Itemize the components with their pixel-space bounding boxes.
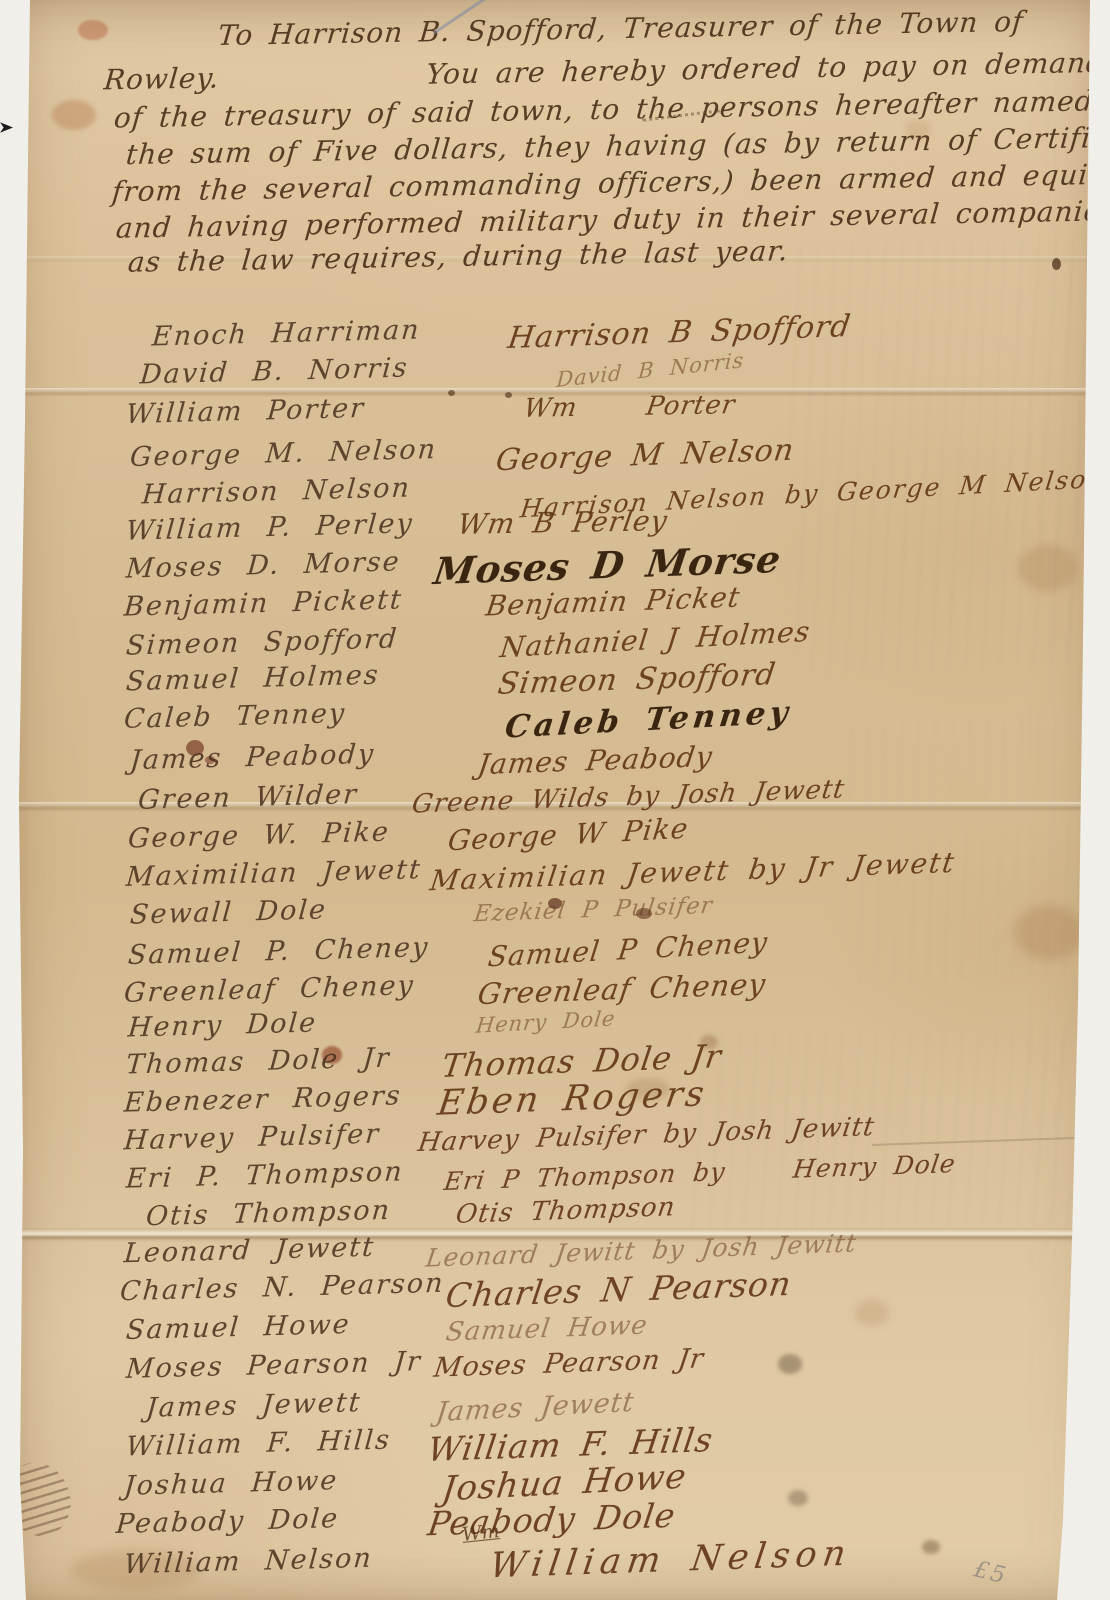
member-signature: James Peabody — [476, 740, 715, 781]
stain — [52, 100, 96, 130]
member-signature: William Nelson — [487, 1534, 854, 1587]
member-name: Eri P. Thompson — [125, 1156, 405, 1194]
document-scan: To Harrison B. Spofford, Treasurer of th… — [0, 0, 1110, 1600]
member-name: Otis Thompson — [145, 1195, 392, 1232]
pencil-note: £5 — [971, 1556, 1010, 1589]
member-signature: Greenleaf Cheney — [476, 967, 769, 1011]
member-name: Harrison Nelson — [141, 472, 412, 510]
member-signature: Henry Dole — [475, 1006, 617, 1037]
member-name: Peabody Dole — [115, 1503, 341, 1540]
member-name: Thomas Dole Jr — [125, 1042, 392, 1080]
member-signature: George W Pike — [446, 812, 690, 858]
member-signature: James Jewett — [434, 1387, 636, 1429]
stain — [1018, 545, 1078, 591]
member-name: Moses D. Morse — [125, 546, 402, 584]
member-name: William Porter — [125, 393, 366, 430]
member-signature: Charles N Pearson — [443, 1264, 794, 1315]
superscript-wm: Wm — [461, 1520, 501, 1546]
stain — [78, 20, 108, 40]
member-signature: Wm B Perley — [455, 504, 670, 541]
member-name: Ebenezer Rogers — [123, 1080, 403, 1118]
member-name: Moses Pearson Jr — [125, 1346, 423, 1385]
member-name: Samuel P. Cheney — [127, 932, 431, 971]
member-name: Benjamin Pickett — [123, 584, 404, 622]
member-signature: Eben Rogers — [435, 1074, 709, 1124]
member-signature: George M Nelson — [494, 433, 797, 479]
stain — [1052, 258, 1061, 270]
stain — [1014, 905, 1084, 960]
member-signature: Moses Pearson Jr — [432, 1343, 706, 1384]
member-signature: Harrison B Spofford — [506, 309, 854, 356]
member-name: Samuel Howe — [125, 1309, 352, 1346]
postal-hatch-mark — [0, 1456, 77, 1542]
member-signature: Wm Porter — [522, 390, 738, 424]
member-signature: Ezekiel P Pulsifer — [472, 893, 714, 927]
member-name: Enoch Harriman — [151, 314, 422, 352]
member-name: Samuel Holmes — [125, 660, 381, 698]
member-name: Henry Dole — [127, 1007, 319, 1043]
member-name: William P. Perley — [125, 508, 415, 547]
member-name: William F. Hills — [125, 1424, 392, 1462]
stain — [922, 1540, 940, 1554]
scanner-edge-mark — [0, 120, 13, 135]
member-name: James Jewett — [145, 1387, 363, 1424]
stain — [788, 1490, 808, 1506]
faint-pencil-line — [872, 1136, 1102, 1146]
member-signature: Simeon Spofford — [496, 657, 779, 702]
member-name: Leonard Jewett — [123, 1232, 376, 1270]
member-signature: Samuel Howe — [444, 1310, 650, 1347]
member-name: Greenleaf Cheney — [123, 970, 416, 1009]
member-name: George W. Pike — [127, 817, 391, 855]
member-signature: Samuel P Cheney — [486, 926, 770, 974]
stain — [855, 1300, 889, 1326]
member-name: Green Wilder — [137, 779, 359, 816]
member-signature: Eri P Thompson by Henry Dole — [442, 1149, 958, 1196]
member-name: Sewall Dole — [129, 894, 328, 930]
member-name: Simeon Spofford — [125, 623, 400, 661]
stain — [778, 1354, 802, 1374]
ink-dot — [448, 390, 455, 396]
member-name: Charles N. Pearson — [119, 1268, 446, 1308]
member-name: James Peabody — [129, 739, 376, 776]
member-signature: David B Norris — [556, 348, 745, 392]
ink-showthrough — [783, 235, 1098, 675]
member-name: Harvey Pulsifer — [123, 1119, 382, 1157]
member-name: William Nelson — [123, 1543, 374, 1581]
member-name: Maximilian Jewett — [125, 854, 423, 893]
ink-dot — [505, 392, 512, 398]
member-signature: Otis Thompson — [454, 1192, 678, 1230]
header-line-1: To Harrison B. Spofford, Treasurer of th… — [217, 5, 1025, 52]
member-name: David B. Norris — [139, 352, 410, 390]
member-signature: Caleb Tenney — [503, 694, 794, 745]
paper-sheet: To Harrison B. Spofford, Treasurer of th… — [0, 0, 1110, 1600]
member-name: Joshua Howe — [123, 1465, 340, 1502]
member-name: Caleb Tenney — [123, 698, 348, 735]
member-name: George M. Nelson — [129, 434, 438, 473]
